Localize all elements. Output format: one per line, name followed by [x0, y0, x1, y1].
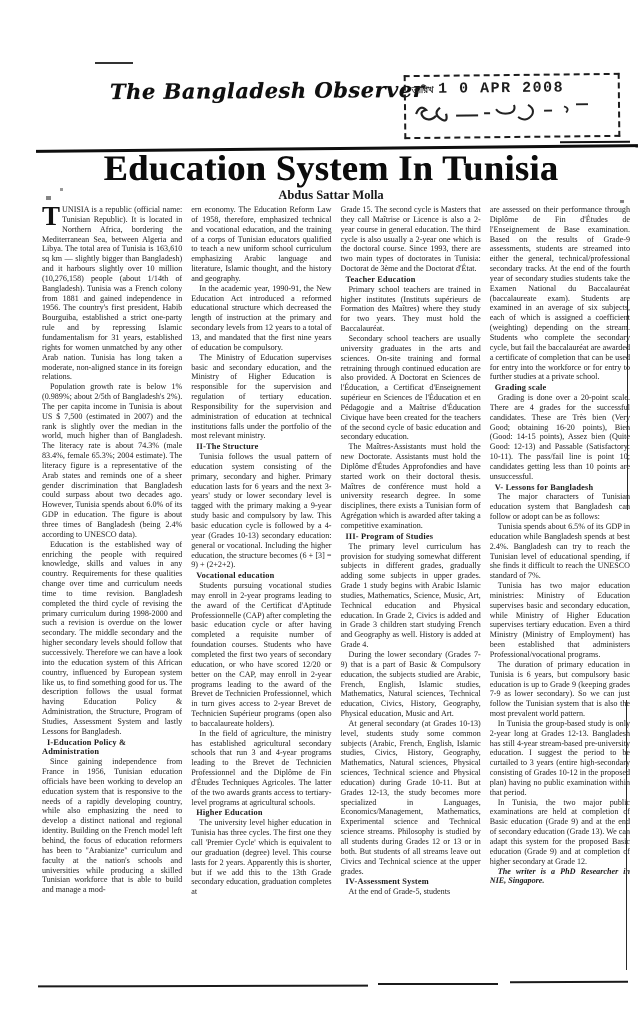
newspaper-scan-page: The Bangladesh Observer তারিখ 1 0 APR 20… — [0, 0, 638, 1024]
scan-noise — [620, 200, 624, 203]
article-paragraph: The university level higher education in… — [191, 818, 331, 897]
article-paragraph: Primary school teachers are trained in h… — [341, 285, 481, 334]
scan-noise — [95, 62, 133, 64]
article-paragraph: Secondary school teachers are usually un… — [341, 334, 481, 442]
date-stamp: তারিখ 1 0 APR 2008 — [404, 73, 621, 139]
article-paragraph: During the lower secondary (Grades 7-9) … — [341, 650, 481, 719]
section-heading: II-The Structure — [191, 442, 331, 452]
article-paragraph: The duration of primary education in Tun… — [490, 660, 630, 719]
column-edge-line-upper — [627, 300, 628, 510]
article-paragraph: In the academic year, 1990-91, the New E… — [191, 284, 331, 353]
article-paragraph: Tunisia spends about 6.5% of its GDP in … — [490, 522, 630, 581]
article-paragraph: The primary level curriculum has provisi… — [341, 542, 481, 650]
section-heading: IV-Assessment System — [341, 877, 481, 887]
headline-top-rule-dash — [560, 141, 630, 144]
article-paragraph: The Maîtres-Assistants must hold the new… — [341, 442, 481, 531]
article-paragraph: TUNISIA is a republic (official name: Tu… — [42, 205, 182, 382]
article-paragraph: The major characters of Tunisian educati… — [490, 492, 630, 522]
section-heading: V- Lessons for Bangladesh — [490, 483, 630, 493]
article-paragraph: Tunisia has two major education ministri… — [490, 581, 630, 660]
article-paragraph: ern economy. The Education Reform Law of… — [191, 205, 331, 284]
article-paragraph: are assessed on their performance throug… — [490, 205, 630, 382]
section-heading: Vocational education — [191, 571, 331, 581]
article-columns: TUNISIA is a republic (official name: Tu… — [42, 205, 630, 985]
article-paragraph: Population growth rate is below 1% (0.98… — [42, 382, 182, 540]
article-paragraph: The Ministry of Education supervises bas… — [191, 353, 331, 442]
bottom-rule-left — [38, 985, 368, 988]
article-paragraph: In the field of agriculture, the ministr… — [191, 729, 331, 808]
article-paragraph: At general secondary (at Grades 10-13) l… — [341, 719, 481, 877]
article-paragraph: Since gaining independence from France i… — [42, 757, 182, 895]
article-paragraph: In Tunisia the group-based study is only… — [490, 719, 630, 798]
article-paragraph: Grade 15. The second cycle is Masters th… — [341, 205, 481, 274]
article-byline: Abdus Sattar Molla — [48, 188, 614, 203]
column-edge-line-lower — [626, 700, 627, 970]
newspaper-masthead: The Bangladesh Observer — [110, 77, 424, 104]
article-column-4: are assessed on their performance throug… — [490, 205, 630, 985]
scan-noise — [46, 196, 51, 200]
bottom-rule-middle — [378, 983, 498, 985]
date-stamp-row: তারিখ 1 0 APR 2008 — [412, 79, 612, 98]
article-column-1: TUNISIA is a republic (official name: Tu… — [42, 205, 182, 985]
article-paragraph: In Tunisia, the two major public examina… — [490, 798, 630, 867]
section-heading: I-Education Policy & Administration — [42, 738, 182, 758]
drop-cap: T — [42, 205, 62, 227]
article-paragraph: Tunisia follows the usual pattern of edu… — [191, 452, 331, 570]
section-heading: Grading scale — [490, 383, 630, 393]
author-note: The writer is a PhD Researcher in NIE, S… — [490, 867, 630, 887]
section-heading: III- Program of Studies — [341, 532, 481, 542]
article-paragraph: Education is the established way of enri… — [42, 540, 182, 737]
article-title: Education System In Tunisia — [48, 149, 614, 187]
section-heading: Higher Education — [191, 808, 331, 818]
article-column-3: Grade 15. The second cycle is Masters th… — [341, 205, 481, 985]
section-heading: Teacher Education — [341, 275, 481, 285]
stamp-scribble-icon — [412, 98, 612, 131]
article-column-2: ern economy. The Education Reform Law of… — [191, 205, 331, 985]
article-paragraph: Grading is done over a 20-point scale. T… — [490, 393, 630, 482]
scan-noise — [60, 188, 63, 191]
article-paragraph: Students pursuing vocational studies may… — [191, 581, 331, 729]
stamp-date-value: 1 0 APR 2008 — [438, 79, 564, 97]
stamp-date-label: তারিখ — [412, 83, 433, 98]
article-paragraph: At the end of Grade-5, students — [341, 887, 481, 897]
